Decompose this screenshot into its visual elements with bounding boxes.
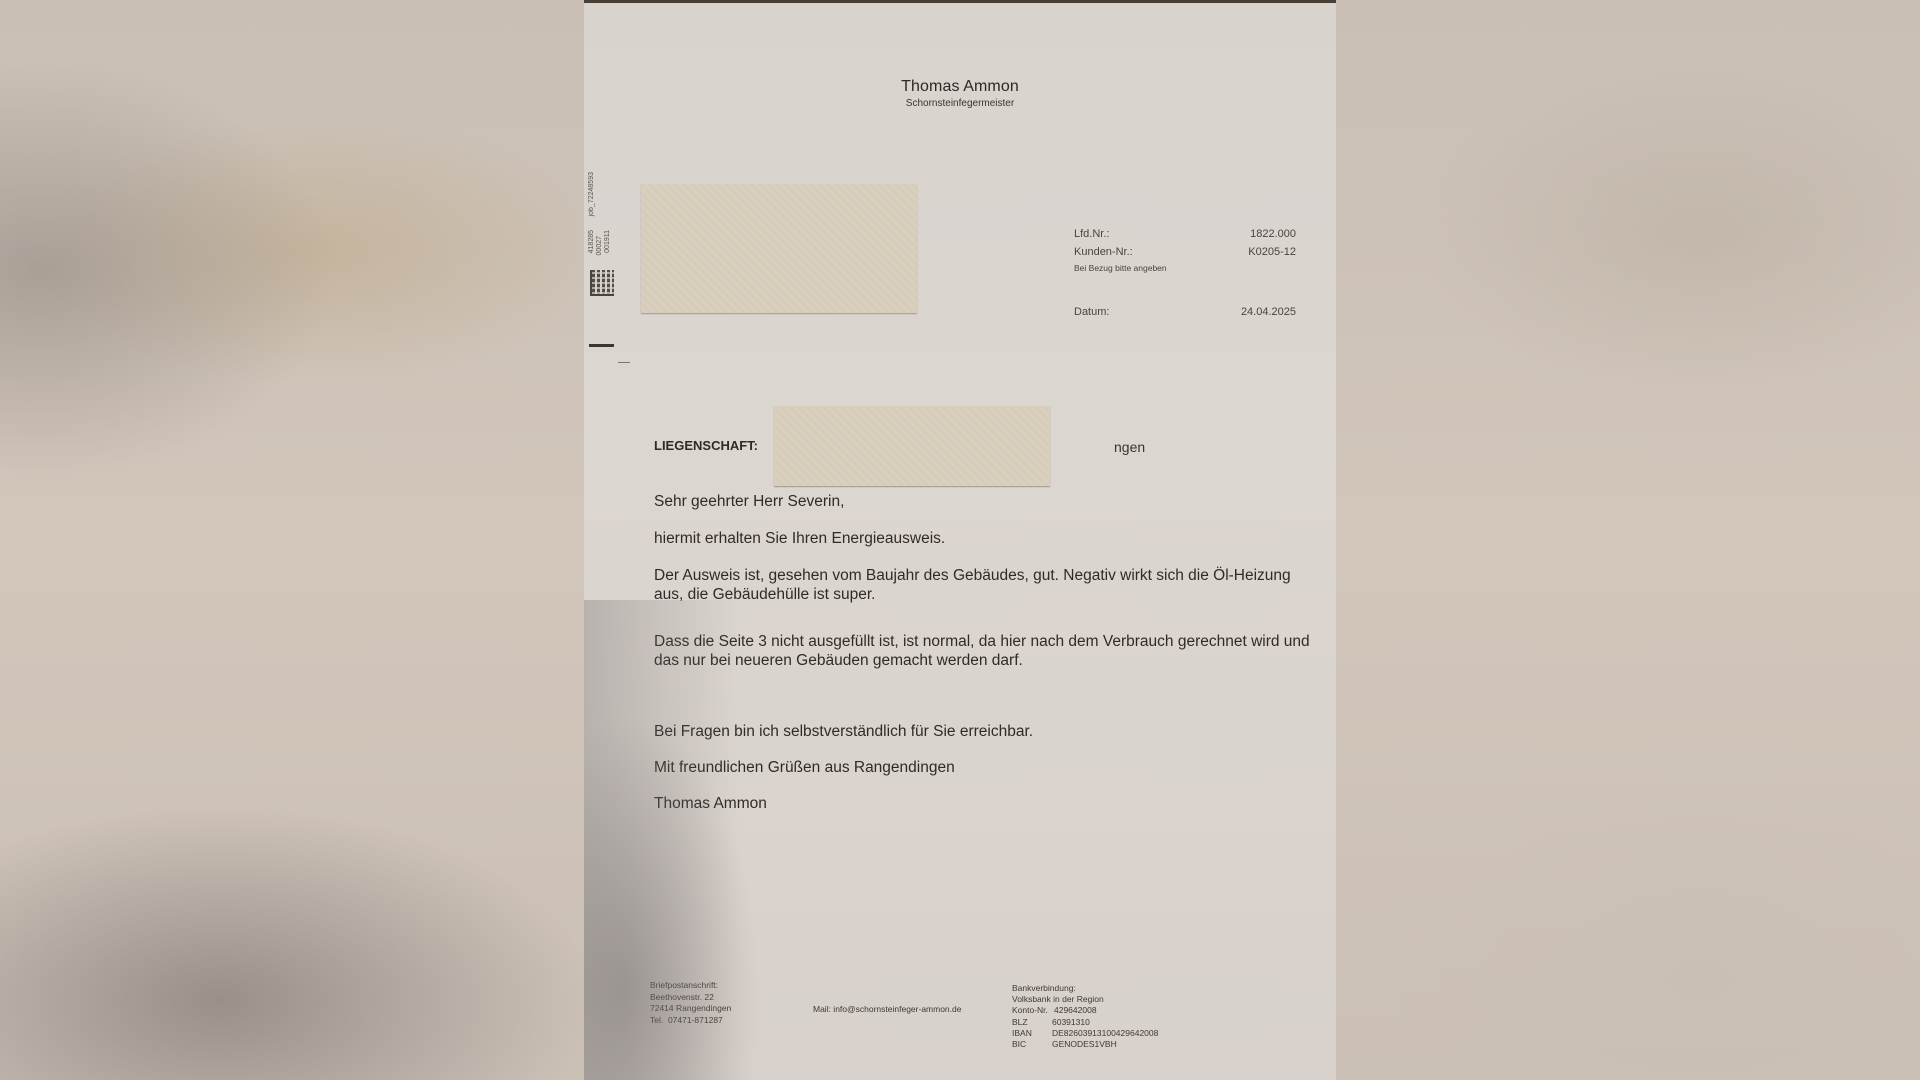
bank-key: BIC [1012,1039,1052,1050]
reference-block: Lfd.Nr.: 1822.000 Kunden-Nr.: K0205-12 B… [1074,225,1296,321]
reference-hint: Bei Bezug bitte angeben [1074,263,1296,273]
bank-row-bic: BIC GENODES1VBH [1012,1039,1158,1050]
bank-row-iban: IBAN DE82603913100429642008 [1012,1028,1158,1039]
bank-row-blz: BLZ 60391310 [1012,1017,1158,1028]
customer-number-row: Kunden-Nr.: K0205-12 [1074,243,1296,261]
sender-title: Schornsteinfegermeister [584,98,1336,109]
print-code-1: 418285 [588,230,596,253]
lfd-number-value: 1822.000 [1250,228,1296,240]
intro-paragraph: hiermit erhalten Sie Ihren Energieauswei… [654,529,1314,548]
date-value: 24.04.2025 [1241,306,1296,318]
print-code-2: 00027 [596,236,604,255]
fold-mark [589,344,614,347]
redacted-recipient-address [641,184,917,313]
sender-name: Thomas Ammon [584,78,1336,96]
page-top-edge [584,0,1336,3]
postal-heading: Briefpostanschrift: [650,980,731,992]
bank-row-account: Konto-Nr. 429642008 [1012,1005,1158,1016]
bank-key: Konto-Nr. [1012,1005,1054,1016]
bank-name: Volksbank in der Region [1012,994,1158,1005]
customer-number-value: K0205-12 [1248,246,1296,258]
punch-mark [618,362,630,363]
letter-body: Sehr geehrter Herr Severin, hiermit erha… [654,492,1314,813]
bank-value: 429642008 [1054,1005,1097,1016]
assessment-paragraph: Der Ausweis ist, gesehen vom Baujahr des… [654,566,1314,604]
footer-postal-address: Briefpostanschrift: Beethovenstr. 22 724… [650,980,731,1026]
date-row: Datum: 24.04.2025 [1074,303,1296,321]
letterhead: Thomas Ammon Schornsteinfegermeister [584,78,1336,109]
footer-bank-details: Bankverbindung: Volksbank in der Region … [1012,983,1158,1050]
redacted-property-address [774,406,1050,486]
job-code: job_72248593 [588,172,596,216]
footer-email: Mail: info@schornsteinfeger-ammon.de [813,1004,961,1014]
bank-value: DE82603913100429642008 [1052,1028,1158,1039]
property-address-tail: ngen [1114,439,1145,455]
postal-street: Beethovenstr. 22 [650,992,731,1004]
blurred-background-left [0,0,584,1080]
salutation: Sehr geehrter Herr Severin, [654,492,1314,511]
closing: Mit freundlichen Grüßen aus Rangendingen [654,758,1314,777]
customer-number-label: Kunden-Nr.: [1074,246,1133,258]
bank-key: BLZ [1012,1017,1052,1028]
letter-page: Thomas Ammon Schornsteinfegermeister job… [584,0,1336,1080]
blurred-background-right [1336,0,1920,1080]
postal-phone: Tel. 07471-871287 [650,1015,731,1027]
signature: Thomas Ammon [654,794,1314,813]
bank-heading: Bankverbindung: [1012,983,1158,994]
lfd-number-row: Lfd.Nr.: 1822.000 [1074,225,1296,243]
property-label: LIEGENSCHAFT: [654,438,758,453]
bank-value: 60391310 [1052,1017,1090,1028]
page3-note-paragraph: Dass die Seite 3 nicht ausgefüllt ist, i… [654,632,1314,670]
bank-value: GENODES1VBH [1052,1039,1117,1050]
bank-key: IBAN [1012,1028,1052,1039]
print-code-3: 001911 [604,230,612,253]
datamatrix-code-icon [590,270,614,296]
date-label: Datum: [1074,306,1109,318]
questions-paragraph: Bei Fragen bin ich selbstverständlich fü… [654,722,1314,741]
lfd-number-label: Lfd.Nr.: [1074,228,1109,240]
postal-city: 72414 Rangendingen [650,1003,731,1015]
